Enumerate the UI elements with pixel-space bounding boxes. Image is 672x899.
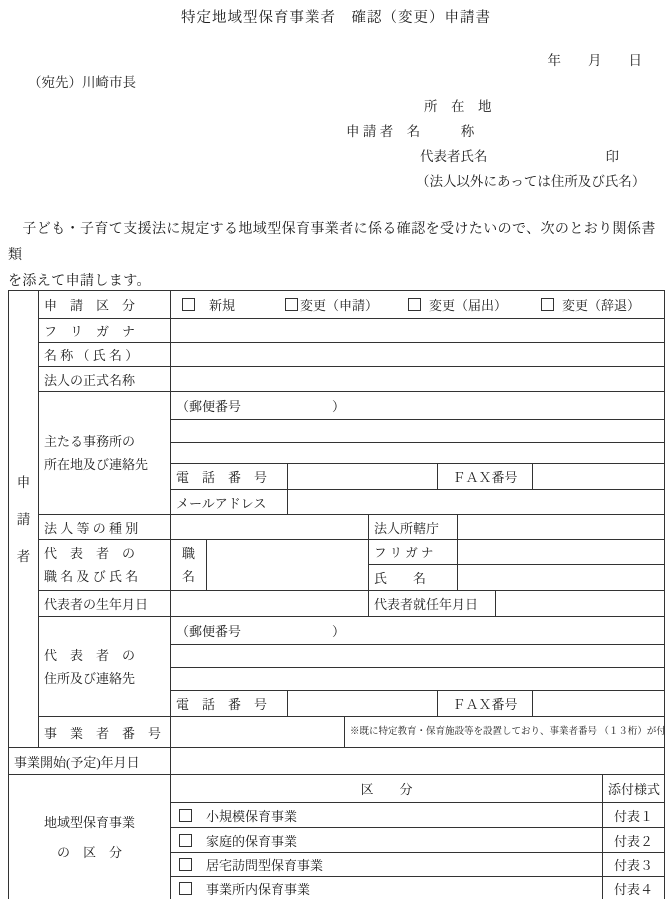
addressee-label: （宛先）川崎市長 <box>28 71 136 91</box>
representative-name-label: 代表者氏名 <box>420 149 488 164</box>
page-title: 特定地域型保育事業者 確認（変更）申請書 <box>0 6 672 27</box>
representative-name-field-label: 氏 名 <box>369 565 458 591</box>
rep-fax-input-cell[interactable] <box>533 691 665 717</box>
application-form-table: 申 請 者 申 請 区 分 新規 変更（申請） 変更（届出） 変更（辞退） フ … <box>8 290 665 899</box>
checkbox-change-notification-icon[interactable] <box>408 298 421 311</box>
applicant-signature-block: 所 在 地 申 請 者 名 称 代表者氏名印 （法人以外にあっては住所及び氏名） <box>346 94 645 194</box>
main-office-label: 主たる事務所の 所在地及び連絡先 <box>39 392 171 515</box>
main-office-tel-label: 電 話 番 号 <box>171 464 288 490</box>
jurisdiction-input-cell[interactable] <box>458 515 665 540</box>
rep-address-line1[interactable] <box>171 645 665 668</box>
corp-type-input-cell[interactable] <box>171 515 369 540</box>
corp-type-label: 法 人 等 の 種 別 <box>39 515 171 540</box>
category-home-based[interactable]: 家庭的保育事業 <box>171 828 603 853</box>
checkbox-home-based-icon[interactable] <box>179 834 192 847</box>
representative-line[interactable]: 代表者氏名印 <box>346 144 645 169</box>
checkbox-change-application-icon[interactable] <box>285 298 298 311</box>
start-date-input-cell[interactable] <box>171 748 665 775</box>
seal-mark: 印 <box>606 149 620 164</box>
category-workplace[interactable]: 事業所内保育事業 <box>171 877 603 899</box>
option-change-withdrawal[interactable]: 変更（辞退） <box>541 295 640 314</box>
application-category-options: 新規 変更（申請） 変更（届出） 変更（辞退） <box>171 291 665 319</box>
attached-form-2: 付表２ <box>603 828 665 853</box>
name-field-label: 名 称 （ 氏 名 ） <box>39 343 171 367</box>
rep-inauguration-input-cell[interactable] <box>496 591 665 617</box>
furigana-label: フ リ ガ ナ <box>39 319 171 343</box>
jurisdiction-label: 法人所轄庁 <box>369 515 458 540</box>
attached-form-3: 付表３ <box>603 853 665 877</box>
representative-name-input-cell[interactable] <box>458 565 665 591</box>
date-field[interactable]: 年 月 日 <box>548 49 643 69</box>
main-office-address-line1[interactable] <box>171 420 665 443</box>
rep-birthdate-input-cell[interactable] <box>171 591 369 617</box>
main-office-fax-label: ＦＡＸ番号 <box>438 464 533 490</box>
category-header: 区 分 <box>171 775 603 803</box>
option-change-application[interactable]: 変更（申請） <box>285 295 378 314</box>
name-label: 名 称 <box>407 124 475 139</box>
attached-form-1: 付表１ <box>603 803 665 828</box>
checkbox-new-icon[interactable] <box>182 298 195 311</box>
representative-furigana-input-cell[interactable] <box>458 540 665 565</box>
provider-number-label: 事 業 者 番 号 <box>39 717 171 748</box>
application-category-label: 申 請 区 分 <box>39 291 171 319</box>
rep-address-label: 代 表 者 の 住所及び連絡先 <box>39 617 171 717</box>
representative-job-title-input-cell[interactable] <box>207 540 369 591</box>
option-change-notification[interactable]: 変更（届出） <box>408 295 507 314</box>
representative-job-title-label: 職 名 <box>171 540 207 591</box>
start-date-label: 事業開始(予定)年月日 <box>9 748 171 775</box>
name-input-cell[interactable] <box>171 343 665 367</box>
provider-number-input-cell[interactable] <box>171 717 345 748</box>
checkbox-workplace-icon[interactable] <box>179 882 192 895</box>
applicant-prefix-label: 申 請 者 <box>346 124 393 139</box>
non-corporate-note: （法人以外にあっては住所及び氏名） <box>346 169 645 194</box>
applicant-name-line[interactable]: 申 請 者 名 称 <box>346 119 645 144</box>
rep-inauguration-label: 代表者就任年月日 <box>369 591 496 617</box>
application-statement: 子ども・子育て支援法に規定する地域型保育事業者に係る確認を受けたいので、次のとお… <box>8 217 664 295</box>
main-office-fax-input-cell[interactable] <box>533 464 665 490</box>
attached-form-header: 添付様式 <box>603 775 665 803</box>
main-office-postal-cell[interactable]: （郵便番号 ） <box>171 392 665 420</box>
representative-title-name-label: 代 表 者 の 職 名 及 び 氏 名 <box>39 540 171 591</box>
attached-form-4: 付表４ <box>603 877 665 899</box>
rep-tel-input-cell[interactable] <box>288 691 438 717</box>
checkbox-home-visit-icon[interactable] <box>179 858 192 871</box>
category-small-scale[interactable]: 小規模保育事業 <box>171 803 603 828</box>
corporate-name-label: 法人の正式名称 <box>39 367 171 392</box>
main-office-mail-input-cell[interactable] <box>288 490 665 515</box>
main-office-tel-input-cell[interactable] <box>288 464 438 490</box>
checkbox-small-scale-icon[interactable] <box>179 809 192 822</box>
applicant-section-label: 申 請 者 <box>9 291 39 748</box>
business-category-label: 地域型保育事業 の 区 分 <box>9 775 171 899</box>
rep-address-postal-cell[interactable]: （郵便番号 ） <box>171 617 665 645</box>
representative-furigana-label: フ リ ガ ナ <box>369 540 458 565</box>
corporate-name-input-cell[interactable] <box>171 367 665 392</box>
checkbox-change-withdrawal-icon[interactable] <box>541 298 554 311</box>
rep-fax-label: ＦＡＸ番号 <box>438 691 533 717</box>
rep-birthdate-label: 代表者の生年月日 <box>39 591 171 617</box>
category-home-visit[interactable]: 居宅訪問型保育事業 <box>171 853 603 877</box>
rep-address-line2[interactable] <box>171 668 665 691</box>
rep-tel-label: 電 話 番 号 <box>171 691 288 717</box>
main-office-address-line2[interactable] <box>171 443 665 464</box>
option-new[interactable]: 新規 <box>182 295 235 314</box>
main-office-mail-label: メールアドレス <box>171 490 288 515</box>
provider-number-note: ※既に特定教育・保育施設等を設置しており、事業者番号 （１３桁）が付番されている… <box>345 717 665 748</box>
furigana-input-cell[interactable] <box>171 319 665 343</box>
application-form-page: 特定地域型保育事業者 確認（変更）申請書 年 月 日 （宛先）川崎市長 所 在 … <box>0 0 672 899</box>
location-label[interactable]: 所 在 地 <box>346 94 645 119</box>
